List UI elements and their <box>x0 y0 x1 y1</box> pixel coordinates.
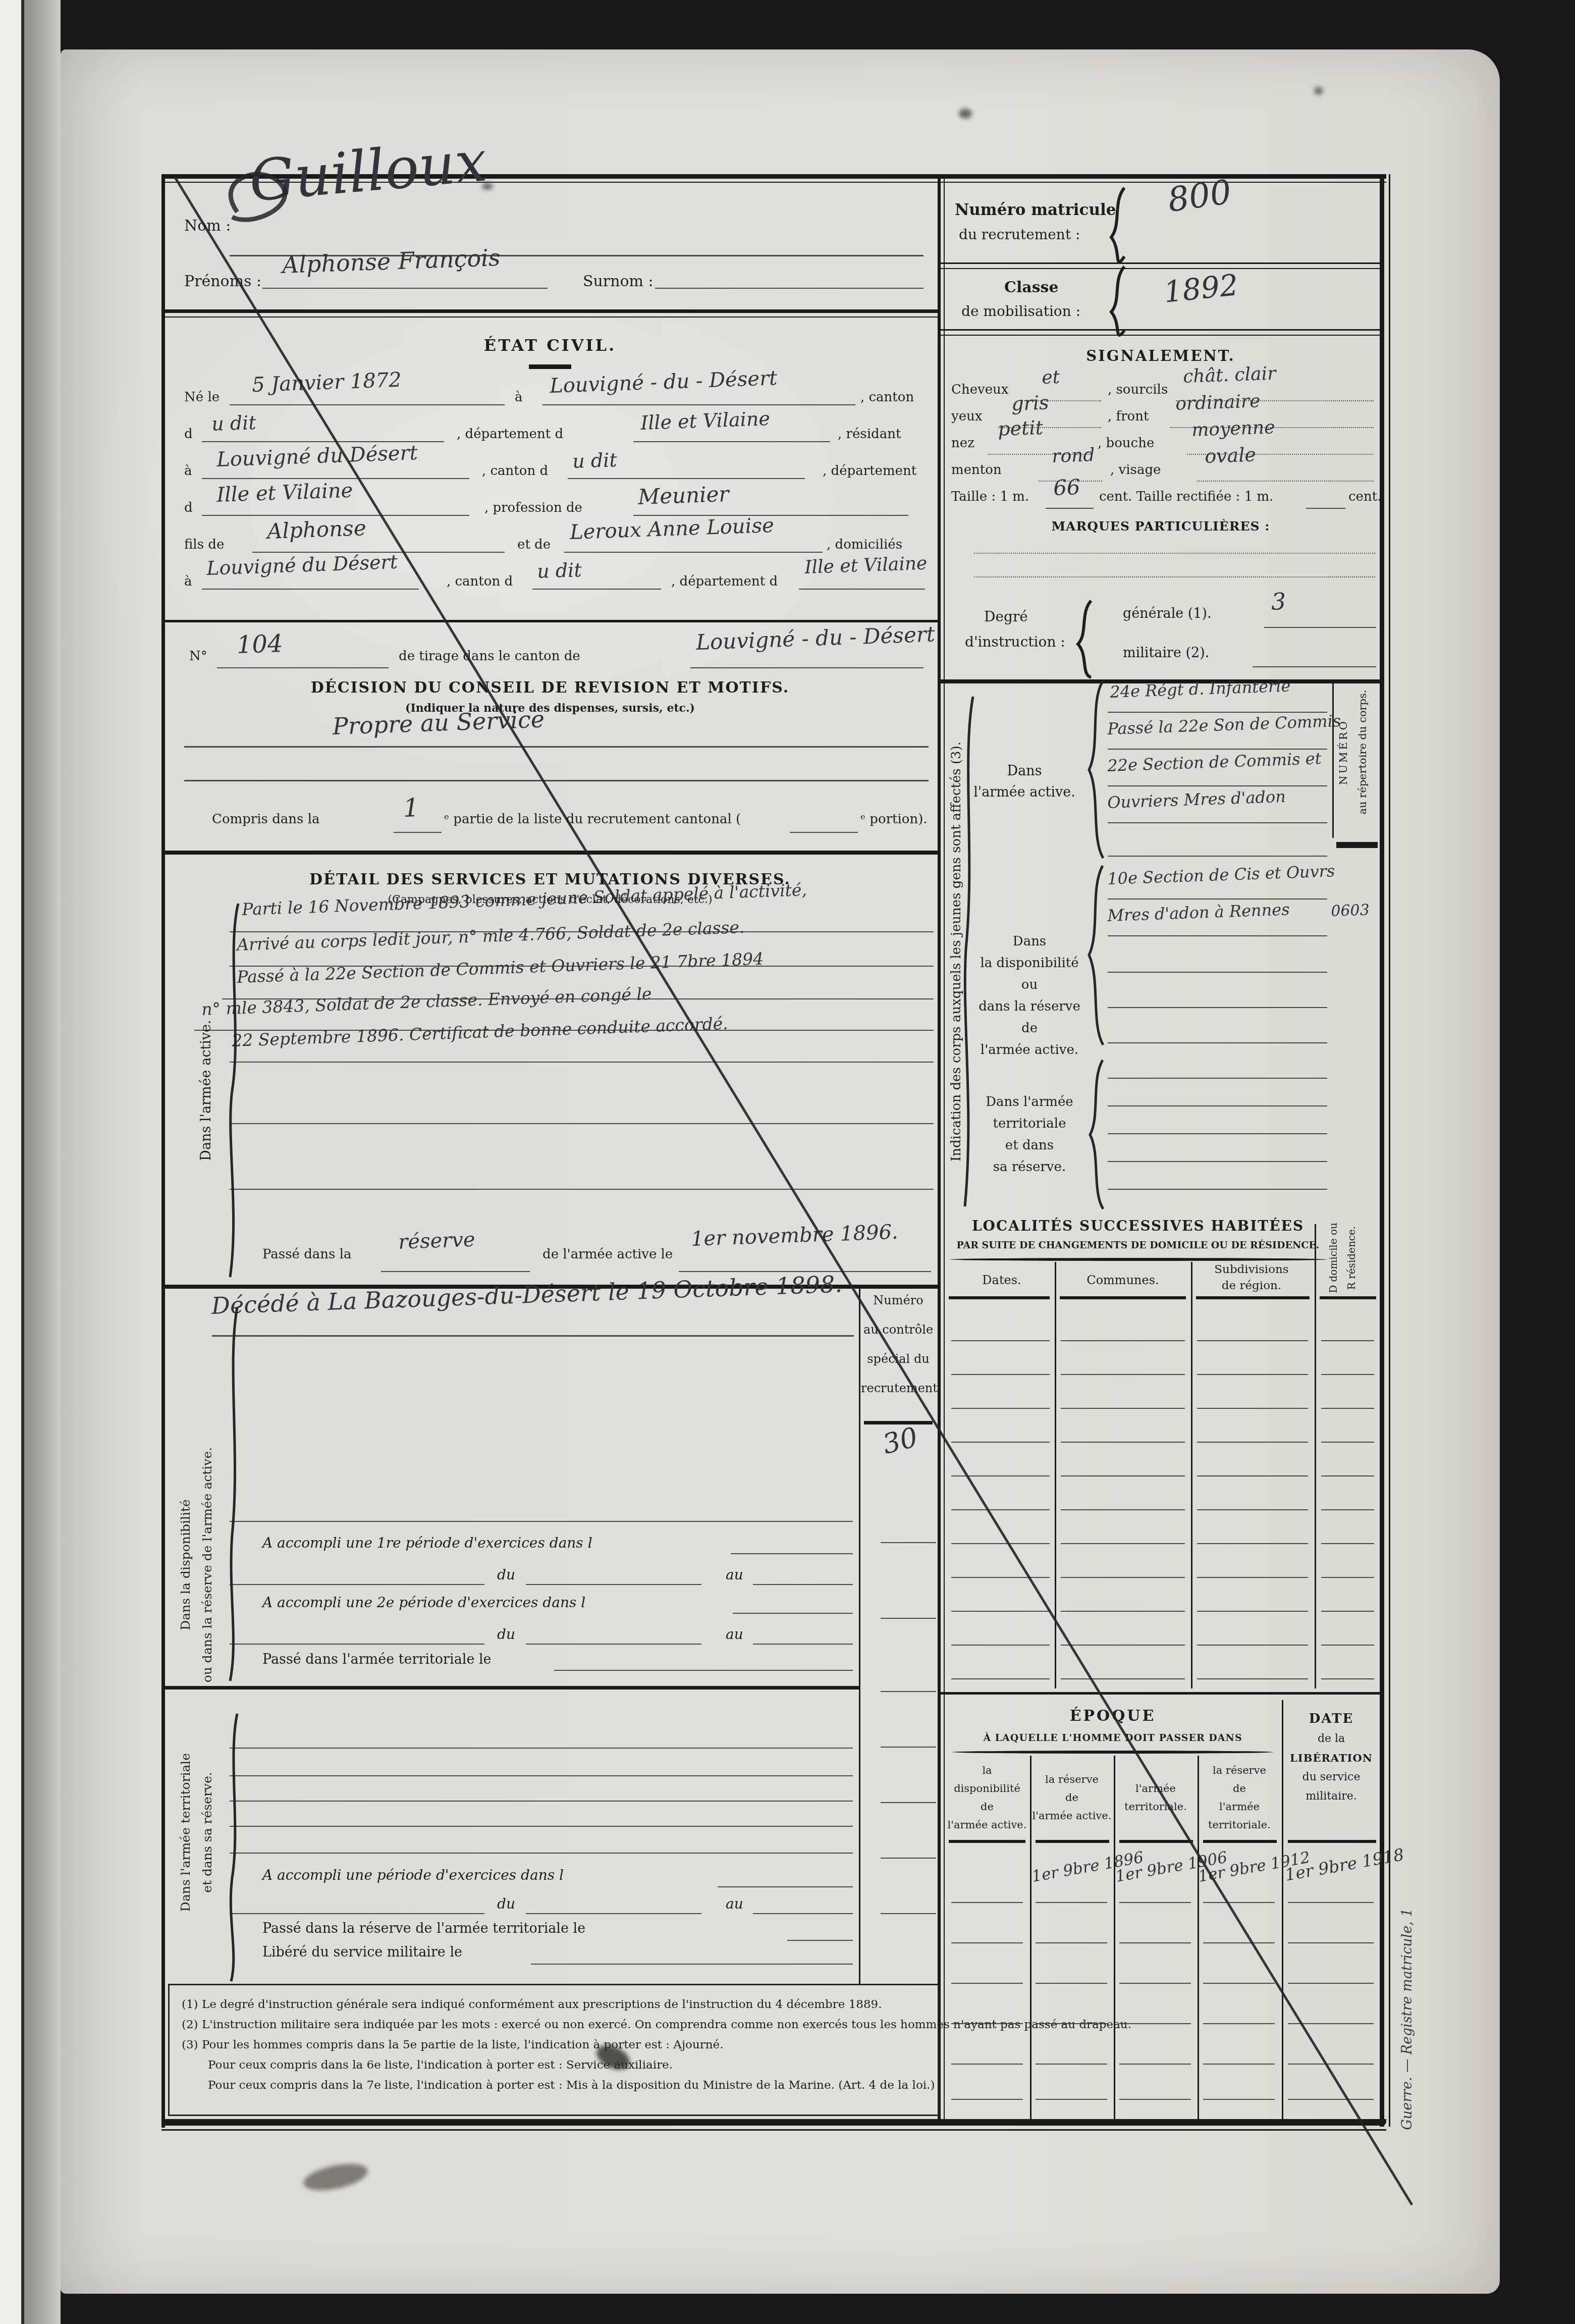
ink-overlay <box>0 0 1575 2324</box>
speck <box>482 183 493 190</box>
speck <box>959 109 972 119</box>
speck <box>1314 87 1323 95</box>
brace-territoriale <box>231 1714 237 1981</box>
brace-corps-active <box>1089 681 1103 858</box>
brace-degre <box>1078 601 1091 677</box>
brace-corps-dispo <box>1089 866 1103 1045</box>
signature-flourish <box>231 174 285 220</box>
brace-matricule <box>1111 188 1124 262</box>
scanned-register-photo: Nom : Guilloux Prénoms : Alphonse Franço… <box>0 0 1575 2324</box>
brace-classe <box>1111 267 1124 335</box>
brace-armee-active <box>230 904 238 1277</box>
brace-disponibilite <box>230 1307 237 1681</box>
brace-indication-corps <box>965 697 973 1206</box>
brace-corps-terr <box>1090 1060 1103 1209</box>
cancellation-stroke <box>175 177 1412 2205</box>
